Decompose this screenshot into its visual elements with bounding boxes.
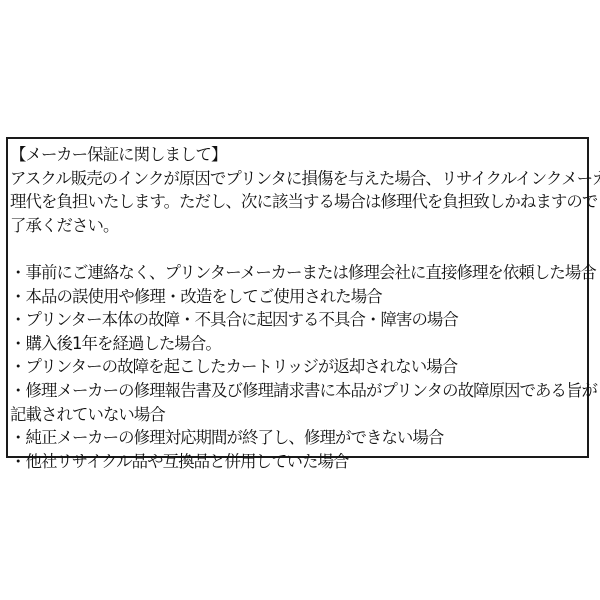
condition-item: ・プリンターの故障を起こしたカートリッジが返却されない場合 xyxy=(10,355,587,379)
condition-item: ・修理メーカーの修理報告書及び修理請求書に本品がプリンタの故障原因である旨が xyxy=(10,379,587,403)
intro-line-2: 理代を負担いたします。ただし、次に該当する場合は修理代を負担致しかねますのでご xyxy=(10,190,587,214)
condition-item: ・購入後1年を経過した場合。 xyxy=(10,332,587,356)
condition-item: ・本品の誤使用や修理・改造をしてご使用された場合 xyxy=(10,285,587,309)
intro-line-3: 了承ください。 xyxy=(10,214,587,238)
condition-item: ・事前にご連絡なく、プリンターメーカーまたは修理会社に直接修理を依頼した場合 xyxy=(10,261,587,285)
condition-item-continuation: 記載されていない場合 xyxy=(10,403,587,427)
warranty-notice-box: 【メーカー保証に関しまして】 アスクル販売のインクが原因でプリンタに損傷を与えた… xyxy=(6,137,589,458)
notice-heading: 【メーカー保証に関しまして】 xyxy=(10,143,587,167)
condition-item: ・プリンター本体の故障・不具合に起因する不具合・障害の場合 xyxy=(10,308,587,332)
condition-item: ・他社リサイクル品や互換品と併用していた場合 xyxy=(10,450,587,474)
condition-item: ・純正メーカーの修理対応期間が終了し、修理ができない場合 xyxy=(10,426,587,450)
spacer xyxy=(10,237,587,261)
intro-line-1: アスクル販売のインクが原因でプリンタに損傷を与えた場合、リサイクルインクメーカー… xyxy=(10,167,587,191)
